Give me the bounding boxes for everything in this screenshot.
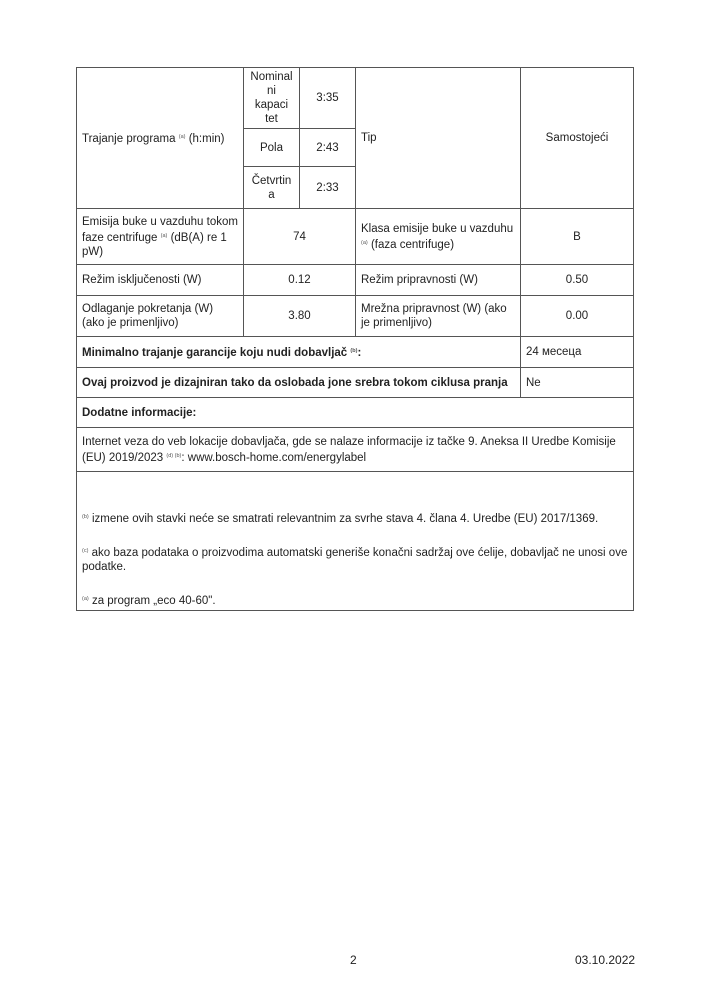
off-mode-value: 0.12 [244,265,356,296]
additional-info-heading: Dodatne informacije: [77,398,634,428]
product-info-table: Trajanje programa (a) (h:min) Nominal ni… [76,67,634,611]
footnote-ref: (c) [82,548,88,554]
footnote-ref: (b) [82,514,89,520]
noise-class-label: Klasa emisije buke u vazduhu (a) (faza c… [356,209,521,265]
noise-emission-label: Emisija buke u vazduhu tokom faze centri… [77,209,244,265]
type-value: Samostojeći [521,68,634,209]
table-row: Ovaj proizvod je dizajniran tako da oslo… [77,368,634,398]
table-row: Emisija buke u vazduhu tokom faze centri… [77,209,634,265]
program-duration-label: Trajanje programa (a) (h:min) [77,68,244,209]
table-row: (b) izmene ovih stavki neće se smatrati … [77,472,634,611]
footnote-ref: (a) [161,233,168,239]
capacity-cell: Pola [244,129,300,167]
noise-class-value: B [521,209,634,265]
label-text: (faza centrifuge) [371,239,454,251]
duration-value: 2:43 [300,129,356,167]
footnote-ref: (a) [179,134,186,140]
footnote-ref: (a) [82,596,89,602]
footnote-b: (b) izmene ovih stavki neće se smatrati … [82,510,628,526]
standby-label: Režim pripravnosti (W) [356,265,521,296]
label-text: Trajanje programa [82,133,176,145]
footnote-a: (a) za program „eco 40-60". [82,592,628,608]
silver-ions-label: Ovaj proizvod je dizajniran tako da oslo… [77,368,521,398]
footnote-text: za program „eco 40-60". [92,595,216,607]
duration-value: 2:33 [300,167,356,209]
label-suffix: : [357,347,361,359]
footnote-text: izmene ovih stavki neće se smatrati rele… [92,513,598,525]
standby-value: 0.50 [521,265,634,296]
table-row: Dodatne informacije: [77,398,634,428]
table-row: Odlaganje pokretanja (W) (ako je primenl… [77,296,634,337]
footnote-ref: (a) [361,240,368,246]
internet-link-cell: Internet veza do veb lokacije dobavljača… [77,428,634,472]
table-row: Minimalno trajanje garancije koju nudi d… [77,337,634,368]
silver-ions-value: Ne [521,368,634,398]
table-row: Trajanje programa (a) (h:min) Nominal ni… [77,68,634,129]
off-mode-label: Režim isključenosti (W) [77,265,244,296]
table-row: Režim isključenosti (W) 0.12 Režim pripr… [77,265,634,296]
energylabel-link[interactable]: : www.bosch-home.com/energylabel [181,452,366,464]
footnotes-cell: (b) izmene ovih stavki neće se smatrati … [77,472,634,611]
noise-emission-value: 74 [244,209,356,265]
duration-value: 3:35 [300,68,356,129]
warranty-label: Minimalno trajanje garancije koju nudi d… [77,337,521,368]
label-text: Minimalno trajanje garancije koju nudi d… [82,347,347,359]
footnote-c: (c) ako baza podataka o proizvodima auto… [82,544,628,574]
network-standby-label: Mrežna pripravnost (W) (ako je primenlji… [356,296,521,337]
document-date: 03.10.2022 [575,953,635,967]
page-number: 2 [350,953,357,967]
footnote-text: ako baza podataka o proizvodima automats… [82,547,627,573]
type-label: Tip [356,68,521,209]
delay-start-label: Odlaganje pokretanja (W) (ako je primenl… [77,296,244,337]
table-row: Internet veza do veb lokacije dobavljača… [77,428,634,472]
capacity-cell: Četvrtin a [244,167,300,209]
capacity-cell: Nominal ni kapaci tet [244,68,300,129]
label-text: Klasa emisije buke u vazduhu [361,223,513,235]
warranty-value: 24 месеца [521,337,634,368]
delay-start-value: 3.80 [244,296,356,337]
network-standby-value: 0.00 [521,296,634,337]
footnote-ref: (d) (b) [166,453,181,459]
unit-text: (h:min) [189,133,225,145]
